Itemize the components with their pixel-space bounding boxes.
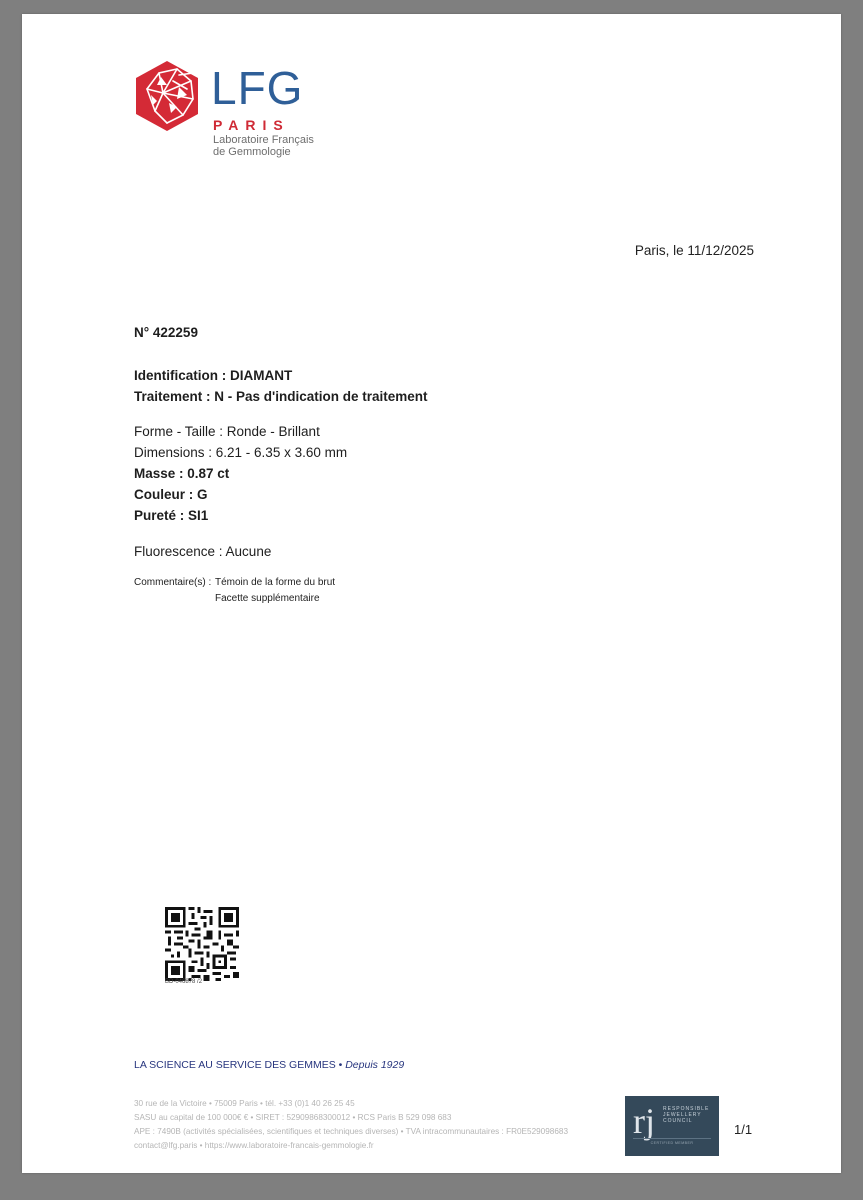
rjc-name: RESPONSIBLE JEWELLERY COUNCIL [663,1106,709,1124]
footer-ape-vat: APE : 7490B (activités spécialisées, sci… [134,1125,568,1139]
color-line: Couleur : G [134,487,208,502]
faceted-gem-hexagon-icon [133,59,201,133]
clarity-line: Pureté : SI1 [134,508,208,523]
comment-line-1: Témoin de la forme du brut [215,577,335,588]
report-number: N° 422259 [134,325,198,340]
page-number: 1/1 [734,1122,752,1137]
footer-address: 30 rue de la Victoire • 75009 Paris • té… [134,1097,568,1111]
footer-tagline: LA SCIENCE AU SERVICE DES GEMMES • Depui… [134,1059,404,1071]
comments-label: Commentaire(s) : [134,577,211,588]
footer-tagline-since: Depuis 1929 [345,1059,404,1071]
shape-cut-line: Forme - Taille : Ronde - Brillant [134,424,320,439]
rjc-name-line3: COUNCIL [663,1118,709,1124]
identification-line: Identification : DIAMANT [134,368,292,383]
dimensions-line: Dimensions : 6.21 - 6.35 x 3.60 mm [134,445,347,460]
rjc-badge: rj RESPONSIBLE JEWELLERY COUNCIL CERTIFI… [625,1096,719,1156]
mass-line: Masse : 0.87 ct [134,466,229,481]
footer-legal: 30 rue de la Victoire • 75009 Paris • té… [134,1097,568,1153]
issue-date: Paris, le 11/12/2025 [635,243,754,258]
logo-subtitle: Laboratoire Français de Gemmologie [213,134,314,158]
logo-subtitle-line2: de Gemmologie [213,146,314,158]
fluorescence-line: Fluorescence : Aucune [134,544,271,559]
footer-company-info: SASU au capital de 100 000€ € • SIRET : … [134,1111,568,1125]
footer-tagline-text: LA SCIENCE AU SERVICE DES GEMMES • [134,1059,342,1071]
logo-city-text: PARIS [213,117,290,133]
logo-subtitle-line1: Laboratoire Français [213,134,314,146]
rjc-logo-icon: rj [633,1102,655,1140]
footer-contact[interactable]: contact@lfg.paris • https://www.laborato… [134,1139,568,1153]
treatment-line: Traitement : N - Pas d'indication de tra… [134,389,428,404]
lfg-logo: LFG PARIS Laboratoire Français de Gemmol… [133,59,353,169]
qr-code-icon[interactable] [165,907,239,981]
qr-code-caption: BD-046878 /2 [165,979,202,985]
rjc-certified: CERTIFIED MEMBER [633,1138,711,1145]
logo-brand-text: LFG [211,65,303,111]
comment-line-2: Facette supplémentaire [215,593,320,604]
certificate-page: LFG PARIS Laboratoire Français de Gemmol… [22,14,841,1173]
